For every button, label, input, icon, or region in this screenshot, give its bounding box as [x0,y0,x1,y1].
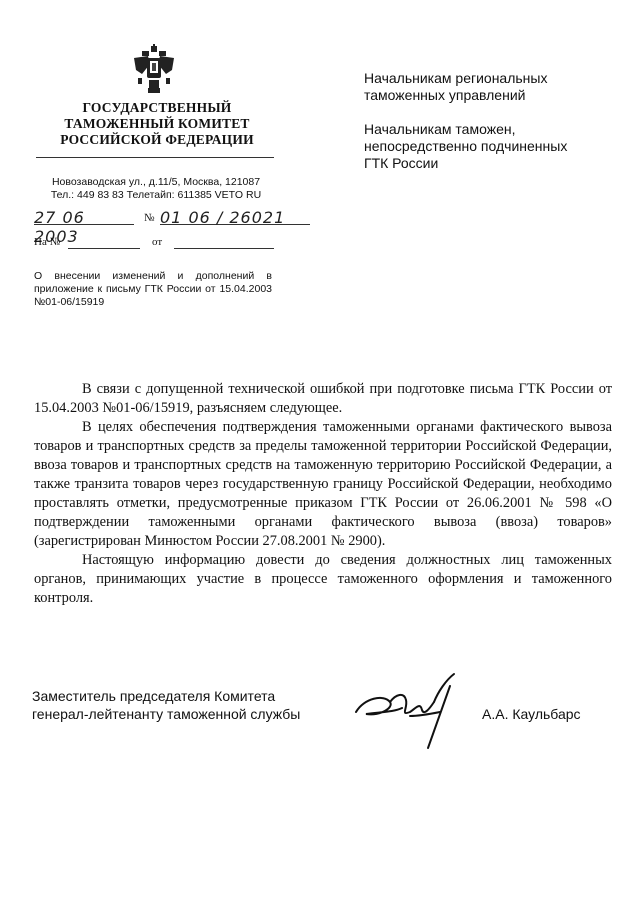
body-paragraph: В целях обеспечения подтверждения таможе… [34,418,612,551]
org-line: ТАМОЖЕННЫЙ КОМИТЕТ [40,116,274,132]
reply-reference-row: На № от [34,236,284,252]
recipient-line: ГТК России [364,155,624,172]
number-label: № [144,212,155,224]
address-block: Новозаводская ул., д.11/5, Москва, 12108… [36,176,276,201]
position-line: генерал-лейтенанту таможенной службы [32,705,352,723]
from-field [174,248,274,249]
handwritten-signature-icon [350,672,470,752]
body-paragraph: В связи с допущенной технической ошибкой… [34,380,612,418]
reply-to-field [68,248,140,249]
recipient-line: таможенных управлений [364,87,624,104]
letter-body: В связи с допущенной технической ошибкой… [34,380,612,608]
recipient-group: Начальникам региональных таможенных упра… [364,70,624,104]
recipients-block: Начальникам региональных таможенных упра… [364,70,624,189]
reply-to-label: На № [34,236,60,248]
registration-date: 27 06 2003 [34,208,134,225]
org-line: ГОСУДАРСТВЕННЫЙ [40,100,274,116]
phone-line: Тел.: 449 83 83 Телетайп: 611385 VETO RU [36,189,276,202]
address-line: Новозаводская ул., д.11/5, Москва, 12108… [36,176,276,189]
letterhead-divider [36,157,274,158]
recipient-line: непосредственно подчиненных [364,138,624,155]
signatory-name: А.А. Каульбарс [482,706,581,722]
emblem-icon [128,44,180,96]
org-line: РОССИЙСКОЙ ФЕДЕРАЦИИ [40,132,274,148]
from-label: от [152,236,162,248]
registration-row: 27 06 2003 № 01 06 / 26021 [34,208,284,232]
position-line: Заместитель председателя Комитета [32,687,352,705]
organization-name: ГОСУДАРСТВЕННЫЙ ТАМОЖЕННЫЙ КОМИТЕТ РОССИ… [40,100,274,148]
recipient-line: Начальникам таможен, [364,121,624,138]
registration-number: 01 06 / 26021 [160,208,310,225]
body-paragraph: Настоящую информацию довести до сведения… [34,551,612,608]
letter-subject: О внесении изменений и дополнений в прил… [34,270,272,309]
recipient-line: Начальникам региональных [364,70,624,87]
signatory-position: Заместитель председателя Комитета генера… [32,687,352,723]
recipient-group: Начальникам таможен, непосредственно под… [364,121,624,172]
